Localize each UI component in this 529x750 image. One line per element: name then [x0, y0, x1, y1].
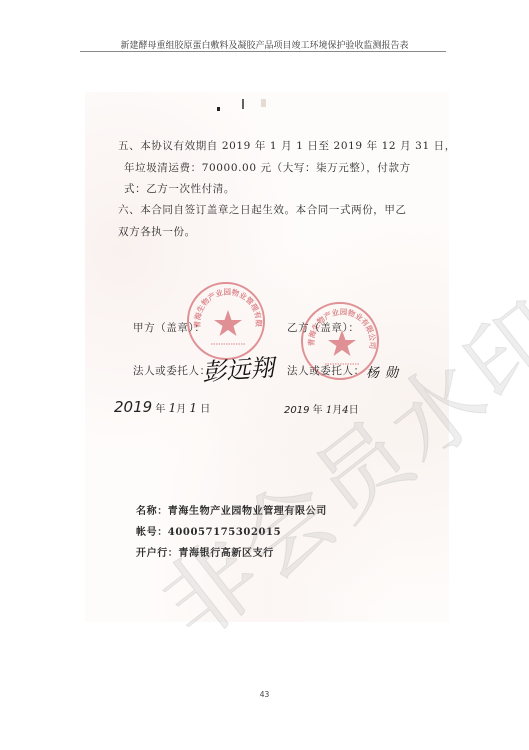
clause-line-4: 六、本合同自签订盖章之日起生效。本合同一式两份，甲乙 [118, 202, 407, 217]
scan-speck [261, 99, 266, 107]
page-header-title: 新建酵母重组胶原蛋白敷料及凝胶产品项目竣工环境保护验收监测报告表 [0, 38, 529, 51]
party-a-representative-label: 法人或委托人： [133, 363, 211, 378]
party-b-date-day-suffix: 日 [349, 405, 359, 416]
scan-speck [242, 99, 244, 109]
page-number: 43 [0, 690, 529, 699]
bank-branch: 开户行：青海银行高新区支行 [136, 544, 274, 559]
party-a-date: 2019 年 1月 1 日 [114, 398, 210, 416]
bank-account-number: 帐号：400057175302015 [136, 523, 281, 538]
bank-account-name: 名称：青海生物产业园物业管理有限公司 [136, 502, 327, 517]
scan-speck [217, 107, 220, 111]
party-b-date-year: 2019 [284, 405, 309, 416]
party-a-seal-label: 甲方（盖章）： [133, 320, 205, 335]
clause-line-1: 五、本协议有效期自 2019 年 1 月 1 日至 2019 年 12 月 31… [118, 138, 456, 153]
party-a-date-month-suffix: 月 [176, 404, 186, 415]
header-rule [80, 51, 446, 52]
clause-line-3: 式：乙方一次性付清。 [124, 181, 235, 196]
party-a-signature: 彭远翔 [201, 348, 275, 388]
party-b-signature: 杨勋 [366, 362, 404, 381]
party-b-date-month-suffix: 月 [332, 405, 342, 416]
party-a-date-day-suffix: 日 [200, 404, 210, 415]
party-a-date-year: 2019 [114, 398, 152, 416]
party-a-date-day: 1 [189, 401, 197, 415]
party-b-seal-label: 乙方（盖章）： [287, 320, 359, 335]
party-a-date-year-suffix: 年 [155, 404, 165, 415]
party-b-date-year-suffix: 年 [313, 405, 323, 416]
clause-line-5: 双方各执一份。 [118, 224, 196, 239]
party-b-representative-label: 法人或委托人： [287, 363, 365, 378]
party-b-date: 2019 年 1月4日 [284, 401, 359, 416]
clause-line-2: 年垃圾清运费：70000.00 元（大写：柒万元整），付款方 [124, 160, 411, 175]
